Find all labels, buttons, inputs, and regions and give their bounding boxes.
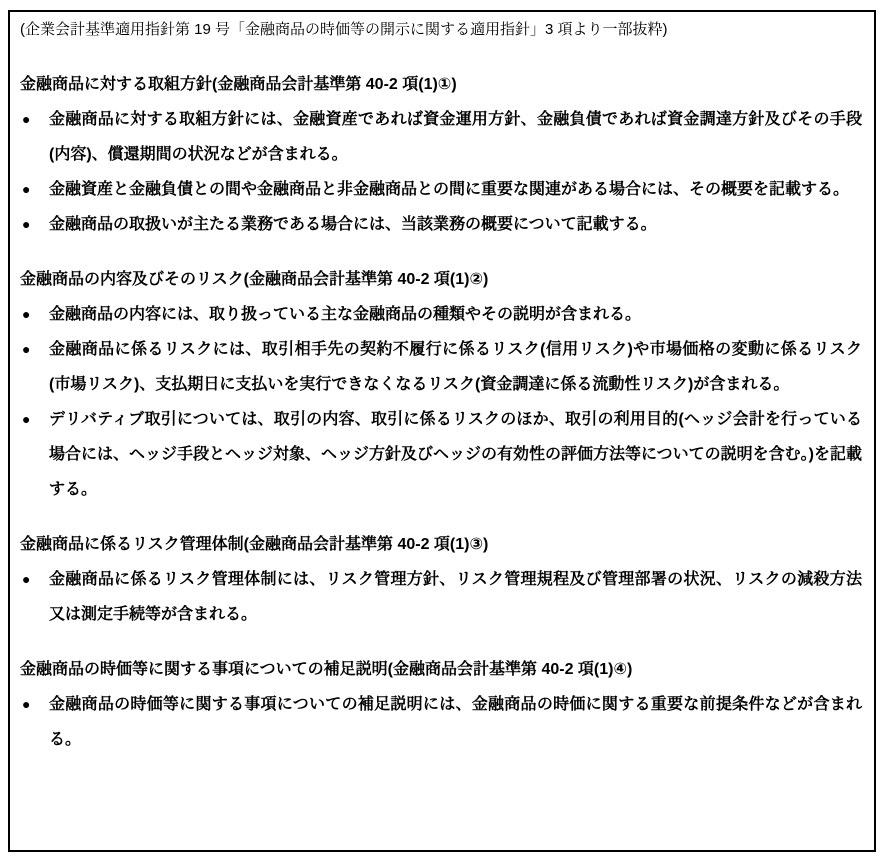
bullet-text: 金融商品の時価等に関する事項についての補足説明には、金融商品の時価に関する重要な… [49,696,862,748]
bullet-list: ● 金融商品に対する取組方針には、金融資産であれば資金運用方針、金融負債であれば… [20,102,862,242]
bullet-item: ● デリバティブ取引については、取引の内容、取引に係るリスクのほか、取引の利用目… [20,402,862,507]
bullet-icon: ● [22,297,30,332]
document-border-box: (企業会計基準適用指針第 19 号「金融商品の時価等の開示に関する適用指針」3 … [8,10,876,852]
bullet-text: 金融商品の内容には、取り扱っている主な金融商品の種類やその説明が含まれる。 [49,306,641,323]
section-heading: 金融商品に対する取組方針(金融商品会計基準第 40-2 項(1)①) [20,67,862,102]
bullet-text: 金融商品に係るリスク管理体制には、リスク管理方針、リスク管理規程及び管理部署の状… [49,571,862,623]
bullet-item: ● 金融商品の時価等に関する事項についての補足説明には、金融商品の時価に関する重… [20,687,862,757]
bullet-item: ● 金融商品の内容には、取り扱っている主な金融商品の種類やその説明が含まれる。 [20,297,862,332]
bullet-icon: ● [22,172,30,207]
bullet-icon: ● [22,207,30,242]
section-heading: 金融商品に係るリスク管理体制(金融商品会計基準第 40-2 項(1)③) [20,527,862,562]
bullet-list: ● 金融商品の内容には、取り扱っている主な金融商品の種類やその説明が含まれる。 … [20,297,862,507]
bullet-text: デリバティブ取引については、取引の内容、取引に係るリスクのほか、取引の利用目的(… [49,411,862,498]
bullet-item: ● 金融商品の取扱いが主たる業務である場合には、当該業務の概要について記載する。 [20,207,862,242]
bullet-item: ● 金融資産と金融負債との間や金融商品と非金融商品との間に重要な関連がある場合に… [20,172,862,207]
section: 金融商品の時価等に関する事項についての補足説明(金融商品会計基準第 40-2 項… [20,652,862,757]
section-heading: 金融商品の時価等に関する事項についての補足説明(金融商品会計基準第 40-2 項… [20,652,862,687]
sections-container: 金融商品に対する取組方針(金融商品会計基準第 40-2 項(1)①) ● 金融商… [20,67,862,757]
section-heading: 金融商品の内容及びそのリスク(金融商品会計基準第 40-2 項(1)②) [20,262,862,297]
bullet-icon: ● [22,562,30,597]
bullet-icon: ● [22,687,30,722]
section: 金融商品に対する取組方針(金融商品会計基準第 40-2 項(1)①) ● 金融商… [20,67,862,242]
section: 金融商品に係るリスク管理体制(金融商品会計基準第 40-2 項(1)③) ● 金… [20,527,862,632]
bullet-list: ● 金融商品に係るリスク管理体制には、リスク管理方針、リスク管理規程及び管理部署… [20,562,862,632]
bullet-icon: ● [22,102,30,137]
bullet-item: ● 金融商品に係るリスクには、取引相手先の契約不履行に係るリスク(信用リスク)や… [20,332,862,402]
bullet-text: 金融商品に係るリスクには、取引相手先の契約不履行に係るリスク(信用リスク)や市場… [49,341,862,393]
bullet-item: ● 金融商品に係るリスク管理体制には、リスク管理方針、リスク管理規程及び管理部署… [20,562,862,632]
bullet-icon: ● [22,402,30,437]
document-page: (企業会計基準適用指針第 19 号「金融商品の時価等の開示に関する適用指針」3 … [0,0,884,861]
bullet-text: 金融商品の取扱いが主たる業務である場合には、当該業務の概要について記載する。 [49,216,657,233]
bullet-item: ● 金融商品に対する取組方針には、金融資産であれば資金運用方針、金融負債であれば… [20,102,862,172]
bullet-text: 金融資産と金融負債との間や金融商品と非金融商品との間に重要な関連がある場合には、… [49,181,849,198]
section: 金融商品の内容及びそのリスク(金融商品会計基準第 40-2 項(1)②) ● 金… [20,262,862,507]
bullet-list: ● 金融商品の時価等に関する事項についての補足説明には、金融商品の時価に関する重… [20,687,862,757]
bullet-text: 金融商品に対する取組方針には、金融資産であれば資金運用方針、金融負債であれば資金… [49,111,862,163]
source-note: (企業会計基準適用指針第 19 号「金融商品の時価等の開示に関する適用指針」3 … [20,12,862,47]
bullet-icon: ● [22,332,30,367]
